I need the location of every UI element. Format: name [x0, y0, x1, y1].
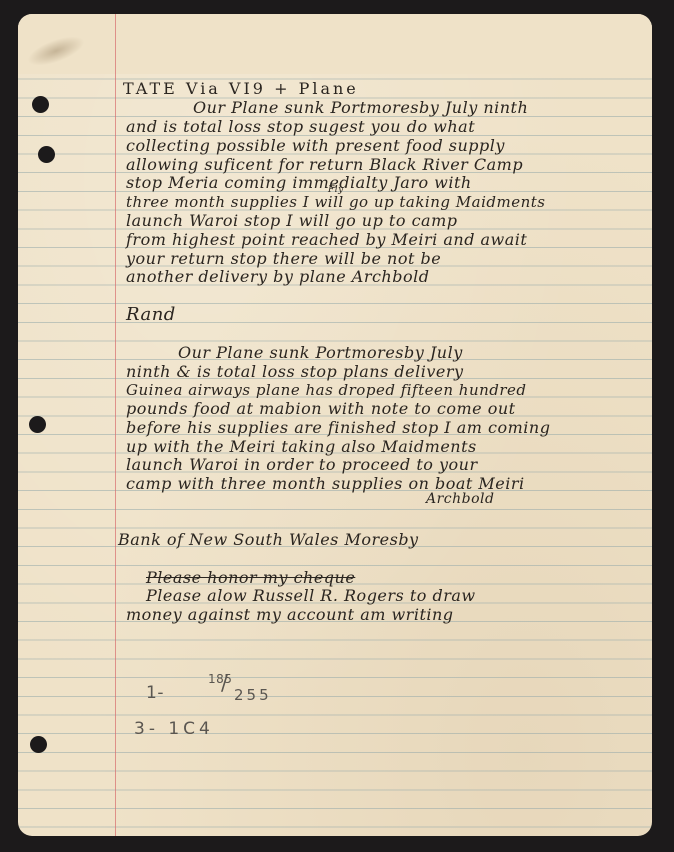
- bank-note-line: money against my account am writing: [126, 606, 454, 624]
- telegram-1-header: TATE Via VI9 + Plane: [123, 80, 359, 98]
- telegram-1-line: launch Waroi stop I will go up to camp: [126, 212, 458, 230]
- notebook-page: TATE Via VI9 + Plane Our Plane sunk Port…: [18, 14, 652, 836]
- struck-line: Please honor my cheque: [146, 569, 355, 587]
- bank-note-line: Please alow Russell R. Rogers to draw: [146, 587, 476, 605]
- telegram-2-header: Rand: [126, 306, 176, 324]
- telegram-1-line: Our Plane sunk Portmoresby July ninth: [193, 99, 528, 117]
- pencil-fraction-slash: /: [221, 674, 228, 692]
- telegram-1-line: your return stop there will be not be: [126, 250, 441, 268]
- telegram-2-line: ninth & is total loss stop plans deliver…: [126, 363, 464, 381]
- telegram-2-line: Our Plane sunk Portmoresby July: [178, 344, 463, 362]
- telegram-1-line: from highest point reached by Meiri and …: [126, 231, 527, 249]
- telegram-1-line: collecting possible with present food su…: [126, 137, 505, 155]
- handwriting: TATE Via VI9 + Plane Our Plane sunk Port…: [18, 14, 652, 836]
- pencil-note-line-2: 3- 1C4: [134, 720, 214, 738]
- signature: Archbold: [426, 490, 495, 508]
- telegram-1-line: and is total loss stop sugest you do wha…: [126, 118, 475, 136]
- telegram-2-line: up with the Meiri taking also Maidments: [126, 438, 477, 456]
- telegram-1-line: another delivery by plane Archbold: [126, 268, 429, 286]
- pencil-fraction-bottom: 255: [234, 686, 272, 704]
- telegram-2-line: pounds food at mabion with note to come …: [126, 400, 516, 418]
- telegram-1-line: three month supplies I will go up taking…: [126, 193, 545, 211]
- telegram-2-line: before his supplies are finished stop I …: [126, 419, 550, 437]
- telegram-1-line: allowing suficent for return Black River…: [126, 156, 523, 174]
- telegram-2-line: launch Waroi in order to proceed to your: [126, 456, 478, 474]
- pencil-note-prefix: 1-: [146, 684, 164, 702]
- telegram-1-line: stop Meria coming immedialty Jaro with: [126, 174, 472, 192]
- telegram-2-line: Guinea airways plane has droped fifteen …: [126, 381, 527, 399]
- bank-note-header: Bank of New South Wales Moresby: [118, 531, 419, 549]
